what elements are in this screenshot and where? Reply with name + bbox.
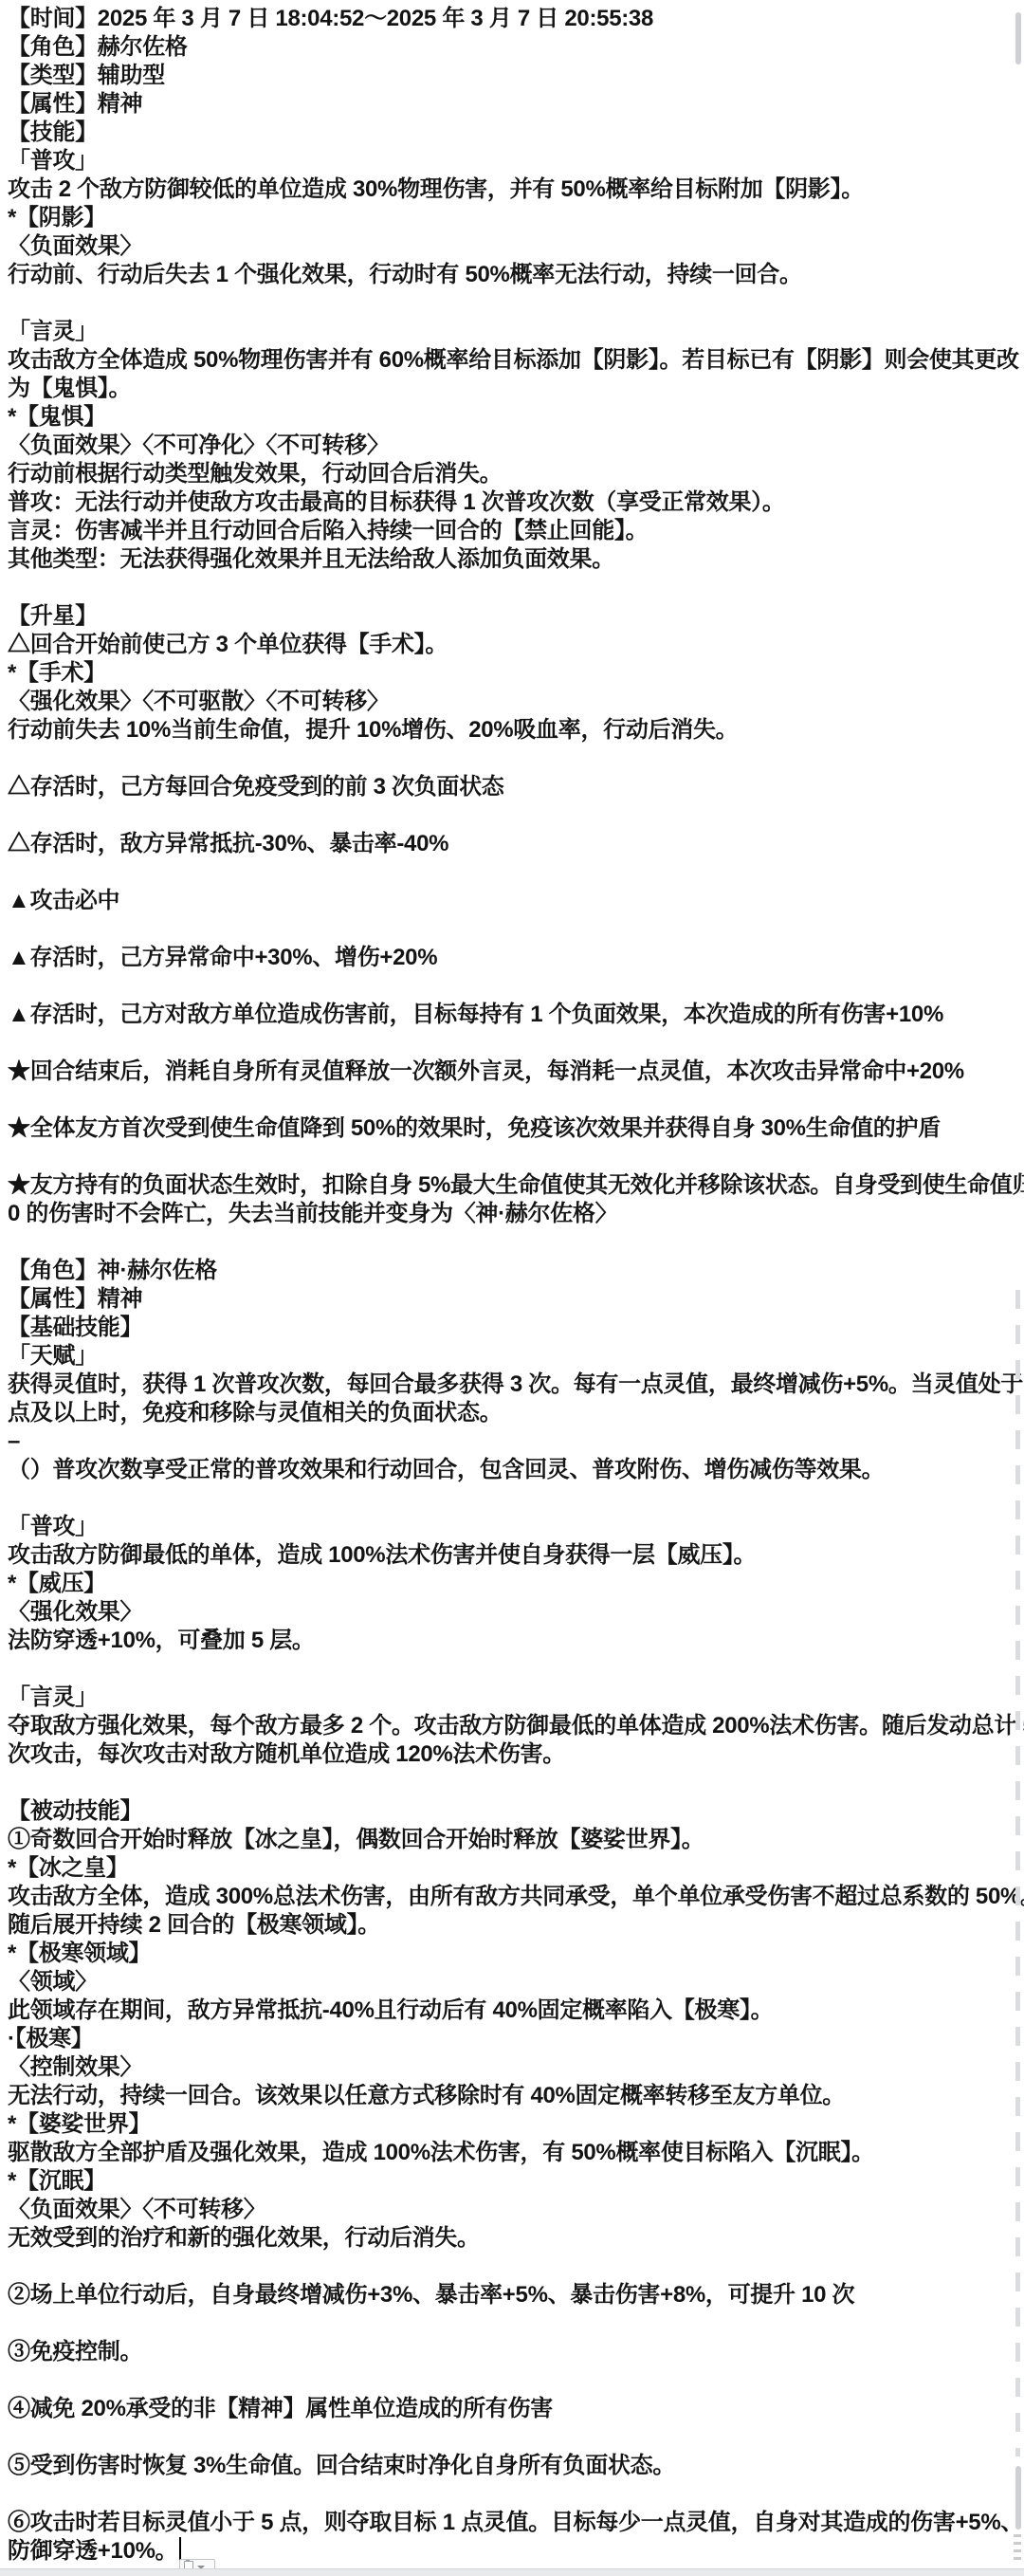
text-line[interactable]: 「普攻」: [8, 147, 1013, 175]
text-line[interactable]: 法防穿透+10%，可叠加 5 层。: [8, 1627, 1013, 1655]
text-line[interactable]: 「言灵」: [8, 318, 1013, 346]
text-line[interactable]: 【属性】精神: [8, 1285, 1013, 1314]
text-line[interactable]: 攻击敌方全体造成 50%物理伤害并有 60%概率给目标添加【阴影】。若目标已有【…: [8, 346, 1013, 375]
text-line[interactable]: [8, 1484, 1013, 1513]
text-line[interactable]: [8, 1143, 1013, 1171]
text-line[interactable]: ②场上单位行动后，自身最终增减伤+3%、暴击率+5%、暴击伤害+8%，可提升 1…: [8, 2281, 1013, 2309]
text-line[interactable]: ①奇数回合开始时释放【冰之皇】，偶数回合开始时释放【婆娑世界】。: [8, 1826, 1013, 1854]
text-line[interactable]: 〈负面效果〉〈不可净化〉〈不可转移〉: [8, 432, 1013, 460]
text-line[interactable]: ⑥攻击时若目标灵值小于 5 点，则夺取目标 1 点灵值。目标每少一点灵值，自身对…: [8, 2509, 1013, 2537]
text-line[interactable]: ★全体友方首次受到使生命值降到 50%的效果时，免疫该次效果并获得自身 30%生…: [8, 1114, 1013, 1143]
text-line[interactable]: [8, 1769, 1013, 1797]
text-line[interactable]: [8, 2253, 1013, 2281]
text-line[interactable]: 其他类型：无法获得强化效果并且无法给敌人添加负面效果。: [8, 545, 1013, 574]
text-line[interactable]: 【基础技能】: [8, 1314, 1013, 1342]
text-line[interactable]: 行动前、行动后失去 1 个强化效果，行动时有 50%概率无法行动，持续一回合。: [8, 261, 1013, 289]
text-line[interactable]: *【婆娑世界】: [8, 2110, 1013, 2139]
text-line[interactable]: 点及以上时，免疫和移除与灵值相关的负面状态。: [8, 1399, 1013, 1427]
text-line[interactable]: 夺取敌方强化效果，每个敌方最多 2 个。攻击敌方防御最低的单体造成 200%法术…: [8, 1712, 1013, 1740]
text-line[interactable]: 「天赋」: [8, 1342, 1013, 1371]
text-line[interactable]: 为【鬼惧】。: [8, 375, 1013, 403]
text-line[interactable]: *【冰之皇】: [8, 1854, 1013, 1883]
text-line[interactable]: （）普攻次数享受正常的普攻效果和行动回合，包含回灵、普攻附伤、增伤减伤等效果。: [8, 1456, 1013, 1484]
text-line[interactable]: 攻击敌方全体，造成 300%总法术伤害，由所有敌方共同承受，单个单位承受伤害不超…: [8, 1883, 1013, 1911]
text-line[interactable]: [8, 1086, 1013, 1114]
text-line[interactable]: ★回合结束后，消耗自身所有灵值释放一次额外言灵，每消耗一点灵值，本次攻击异常命中…: [8, 1058, 1013, 1086]
text-line[interactable]: *【鬼惧】: [8, 403, 1013, 432]
text-line[interactable]: [8, 1029, 1013, 1058]
text-line[interactable]: [8, 745, 1013, 773]
text-line[interactable]: [8, 801, 1013, 830]
scrollbar-mini-marks: [1014, 2534, 1021, 2563]
text-line[interactable]: [8, 2366, 1013, 2395]
text-line[interactable]: [8, 915, 1013, 944]
text-line[interactable]: 【角色】神·赫尔佐格: [8, 1257, 1013, 1285]
text-line[interactable]: *【极寒领域】: [8, 1940, 1013, 1968]
text-line[interactable]: △存活时，己方每回合免疫受到的前 3 次负面状态: [8, 773, 1013, 801]
text-line[interactable]: △回合开始前使己方 3 个单位获得【手术】。: [8, 631, 1013, 659]
text-line[interactable]: 〈负面效果〉〈不可转移〉: [8, 2196, 1013, 2224]
text-line[interactable]: 〈控制效果〉: [8, 2053, 1013, 2082]
text-line[interactable]: *【威压】: [8, 1570, 1013, 1598]
text-line[interactable]: 言灵：伤害减半并且行动回合后陷入持续一回合的【禁止回能】。: [8, 517, 1013, 545]
text-line[interactable]: [8, 1228, 1013, 1257]
text-line[interactable]: ▲存活时，己方对敌方单位造成伤害前，目标每持有 1 个负面效果，本次造成的所有伤…: [8, 1001, 1013, 1029]
text-line[interactable]: [8, 2480, 1013, 2509]
document-edit-area[interactable]: 【时间】2025 年 3 月 7 日 18:04:52～2025 年 3 月 7…: [8, 5, 1013, 2566]
text-line[interactable]: –: [8, 1427, 1013, 1456]
text-line[interactable]: ▲存活时，己方异常命中+30%、增伤+20%: [8, 944, 1013, 972]
text-line[interactable]: [8, 1655, 1013, 1684]
text-line[interactable]: ③免疫控制。: [8, 2338, 1013, 2366]
text-line[interactable]: 0 的伤害时不会阵亡，失去当前技能并变身为〈神·赫尔佐格〉: [8, 1200, 1013, 1228]
text-line[interactable]: ★友方持有的负面状态生效时，扣除自身 5%最大生命值使其无效化并移除该状态。自身…: [8, 1171, 1013, 1200]
text-line[interactable]: [8, 972, 1013, 1001]
text-line[interactable]: 无法行动，持续一回合。该效果以任意方式移除时有 40%固定概率转移至友方单位。: [8, 2082, 1013, 2110]
text-line[interactable]: [8, 2309, 1013, 2338]
scrollbar-dashed-track: [1015, 1290, 1020, 2456]
bottom-window-edge: [0, 2568, 1024, 2576]
text-line[interactable]: 随后展开持续 2 回合的【极寒领域】。: [8, 1911, 1013, 1940]
text-line[interactable]: 攻击 2 个敌方防御较低的单位造成 30%物理伤害，并有 50%概率给目标附加【…: [8, 175, 1013, 204]
text-line[interactable]: 【被动技能】: [8, 1797, 1013, 1826]
text-line[interactable]: ④减免 20%承受的非【精神】属性单位造成的所有伤害: [8, 2395, 1013, 2423]
scrollbar-thumb-bottom[interactable]: [1015, 2466, 1021, 2530]
text-line[interactable]: 【升星】: [8, 602, 1013, 631]
text-line[interactable]: 〈负面效果〉: [8, 232, 1013, 261]
text-line[interactable]: 获得灵值时，获得 1 次普攻次数，每回合最多获得 3 次。每有一点灵值，最终增减…: [8, 1371, 1013, 1399]
text-line[interactable]: 〈领域〉: [8, 1968, 1013, 1996]
text-line[interactable]: ·【极寒】: [8, 2025, 1013, 2053]
text-line[interactable]: ▲攻击必中: [8, 887, 1013, 915]
text-line[interactable]: 行动前失去 10%当前生命值，提升 10%增伤、20%吸血率，行动后消失。: [8, 716, 1013, 745]
text-line[interactable]: △存活时，敌方异常抵抗-30%、暴击率-40%: [8, 830, 1013, 858]
text-line[interactable]: 普攻：无法行动并使敌方攻击最高的目标获得 1 次普攻次数（享受正常效果）。: [8, 488, 1013, 517]
text-line[interactable]: 此领域存在期间，敌方异常抵抗-40%且行动后有 40%固定概率陷入【极寒】。: [8, 1996, 1013, 2025]
text-line[interactable]: 「普攻」: [8, 1513, 1013, 1541]
text-line[interactable]: [8, 2423, 1013, 2452]
text-line[interactable]: 驱散敌方全部护盾及强化效果，造成 100%法术伤害，有 50%概率使目标陷入【沉…: [8, 2139, 1013, 2167]
text-line[interactable]: 【时间】2025 年 3 月 7 日 18:04:52～2025 年 3 月 7…: [8, 5, 1013, 33]
text-line[interactable]: 【属性】精神: [8, 90, 1013, 119]
text-line[interactable]: 无效受到的治疗和新的强化效果，行动后消失。: [8, 2224, 1013, 2253]
text-line[interactable]: 【角色】赫尔佐格: [8, 33, 1013, 62]
text-line[interactable]: [8, 574, 1013, 602]
text-line[interactable]: 「言灵」: [8, 1684, 1013, 1712]
text-line[interactable]: 【技能】: [8, 119, 1013, 147]
text-line[interactable]: *【手术】: [8, 659, 1013, 688]
text-line[interactable]: 次攻击，每次攻击对敌方随机单位造成 120%法术伤害。: [8, 1740, 1013, 1769]
text-line[interactable]: *【沉眠】: [8, 2167, 1013, 2196]
text-line[interactable]: 【类型】辅助型: [8, 62, 1013, 90]
text-line[interactable]: 行动前根据行动类型触发效果，行动回合后消失。: [8, 460, 1013, 488]
text-line[interactable]: 防御穿透+10%。: [8, 2537, 1013, 2566]
text-line[interactable]: *【阴影】: [8, 204, 1013, 232]
text-line[interactable]: 〈强化效果〉: [8, 1598, 1013, 1627]
text-line[interactable]: [8, 858, 1013, 887]
text-line[interactable]: ⑤受到伤害时恢复 3%生命值。回合结束时净化自身所有负面状态。: [8, 2452, 1013, 2480]
text-line[interactable]: 攻击敌方防御最低的单体，造成 100%法术伤害并使自身获得一层【威压】。: [8, 1541, 1013, 1570]
text-line[interactable]: 〈强化效果〉〈不可驱散〉〈不可转移〉: [8, 688, 1013, 716]
text-line[interactable]: [8, 289, 1013, 318]
scrollbar-thumb-top[interactable]: [1015, 12, 1021, 64]
